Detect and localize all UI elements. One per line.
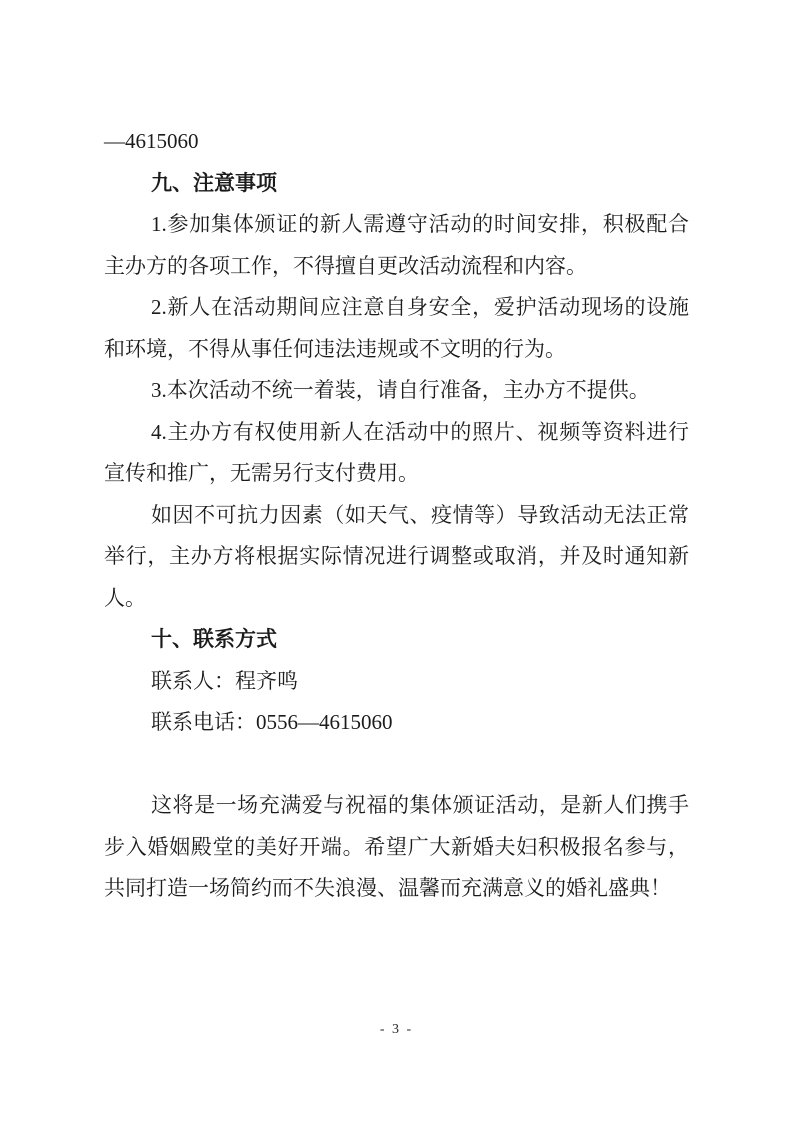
- contact-phone-line: 联系电话：0556—4615060: [104, 702, 689, 744]
- closing-paragraph: 这将是一场充满爱与祝福的集体颁证活动，是新人们携手步入婚姻殿堂的美好开端。希望广…: [104, 785, 689, 910]
- force-majeure-note: 如因不可抗力因素（如天气、疫情等）导致活动无法正常举行，主办方将根据实际情况进行…: [104, 495, 689, 620]
- notice-item-3: 3.本次活动不统一着装，请自行准备，主办方不提供。: [104, 370, 689, 412]
- notices-section-heading: 九、注意事项: [104, 163, 689, 205]
- contact-section-heading: 十、联系方式: [104, 619, 689, 661]
- document-body: —4615060 九、注意事项 1.参加集体颁证的新人需遵守活动的时间安排，积极…: [104, 121, 689, 910]
- notice-item-1: 1.参加集体颁证的新人需遵守活动的时间安排，积极配合主办方的各项工作，不得擅自更…: [104, 204, 689, 287]
- notice-item-2: 2.新人在活动期间应注意自身安全，爱护活动现场的设施和环境，不得从事任何违法违规…: [104, 287, 689, 370]
- contact-person-line: 联系人：程齐鸣: [104, 661, 689, 703]
- document-page: { "document": { "continuation_line": "—4…: [0, 0, 793, 1122]
- continuation-line: —4615060: [104, 121, 689, 163]
- notice-item-4: 4.主办方有权使用新人在活动中的照片、视频等资料进行宣传和推广，无需另行支付费用…: [104, 412, 689, 495]
- page-number-footer: - 3 -: [0, 1020, 793, 1040]
- blank-line-spacer: [104, 744, 689, 786]
